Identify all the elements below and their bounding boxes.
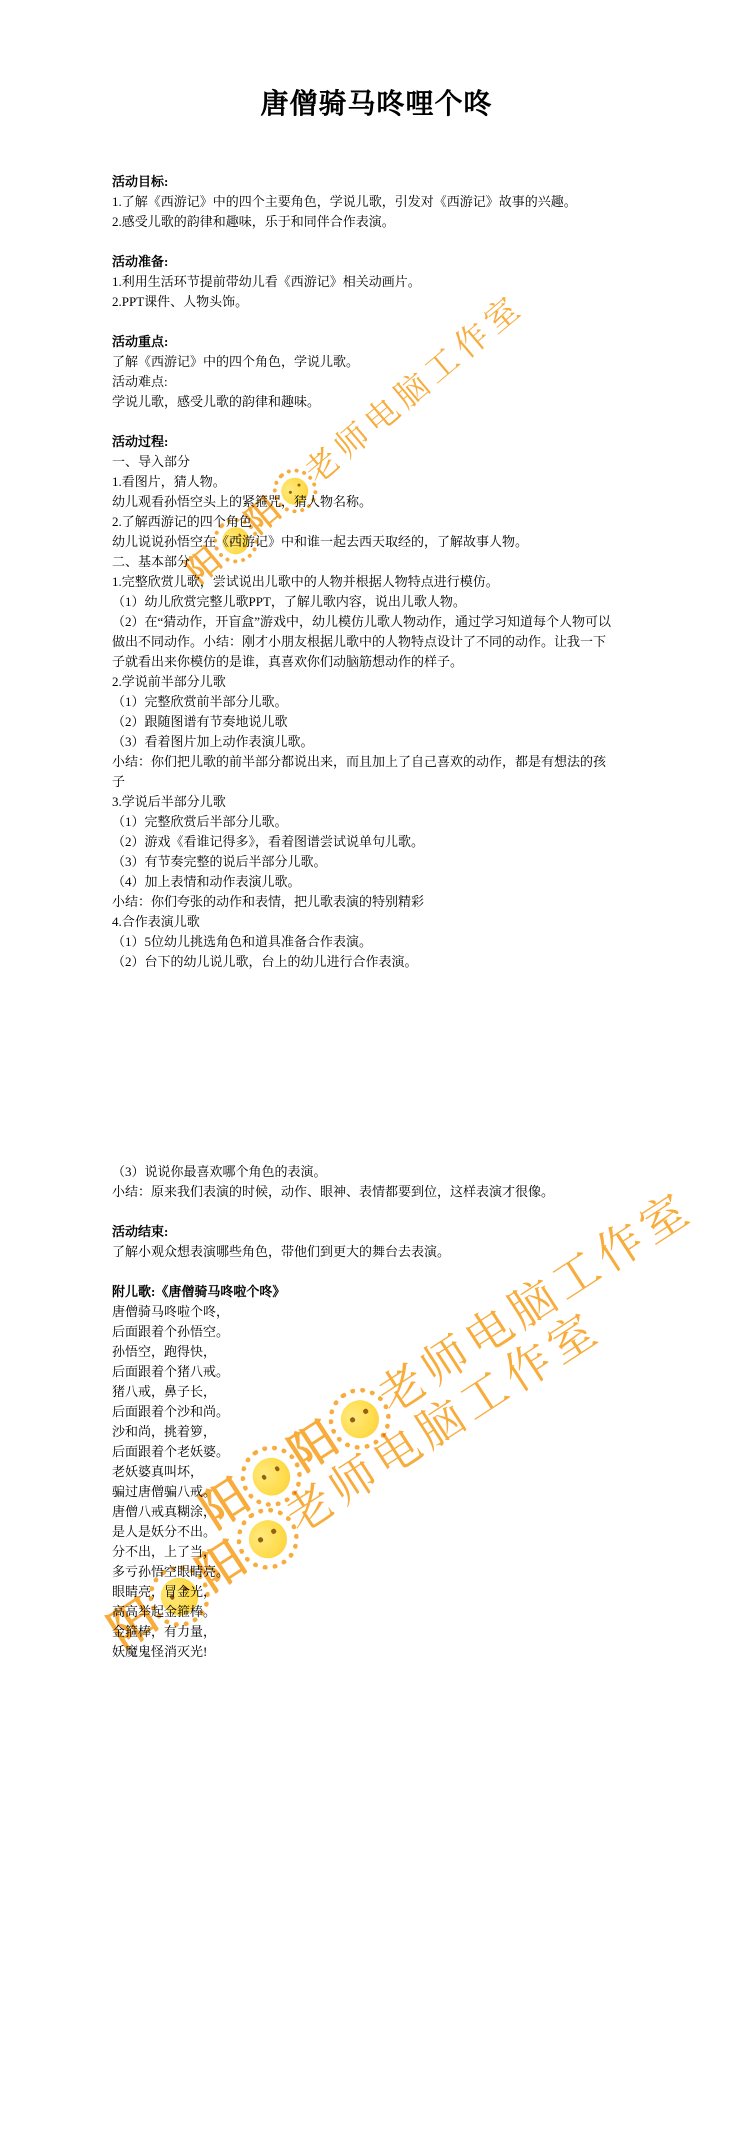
text-line: 幼儿观看孙悟空头上的紧箍咒，猜人物名称。 — [112, 492, 612, 512]
text-line: 多亏孙悟空眼睛亮。 — [112, 1562, 612, 1582]
text-line: 二、基本部分 — [112, 552, 612, 572]
text-line: 后面跟着个老妖婆。 — [112, 1442, 612, 1462]
text-line: （3）有节奏完整的说后半部分儿歌。 — [112, 852, 612, 872]
text-line: 了解小观众想表演哪些角色，带他们到更大的舞台去表演。 — [112, 1242, 612, 1262]
text-line: （2）台下的幼儿说儿歌，台上的幼儿进行合作表演。 — [112, 952, 612, 972]
text-line: 高高举起金箍棒。 — [112, 1602, 612, 1622]
text-line: 老妖婆真叫坏， — [112, 1462, 612, 1482]
text-line: 后面跟着个孙悟空。 — [112, 1322, 612, 1342]
section-heading: 活动准备: — [112, 252, 612, 272]
section-heading: 附儿歌:《唐僧骑马咚啦个咚》 — [112, 1282, 612, 1302]
text-line: 小结：你们夸张的动作和表情，把儿歌表演的特别精彩 — [112, 892, 612, 912]
text-line: 学说儿歌，感受儿歌的韵律和趣味。 — [112, 392, 612, 412]
spacer — [112, 1202, 612, 1222]
text-line: （1）幼儿欣赏完整儿歌PPT，了解儿歌内容，说出儿歌人物。 — [112, 592, 612, 612]
text-line: 猪八戒，鼻子长， — [112, 1382, 612, 1402]
text-line: （2）跟随图谱有节奏地说儿歌 — [112, 712, 612, 732]
text-line: 孙悟空，跑得快， — [112, 1342, 612, 1362]
text-line: 2.感受儿歌的韵律和趣味，乐于和同伴合作表演。 — [112, 212, 612, 232]
text-line: （4）加上表情和动作表演儿歌。 — [112, 872, 612, 892]
text-line: 唐僧八戒真糊涂， — [112, 1502, 612, 1522]
text-line: 小结：你们把儿歌的前半部分都说出来，而且加上了自己喜欢的动作，都是有想法的孩子 — [112, 752, 612, 792]
text-line: （3）看着图片加上动作表演儿歌。 — [112, 732, 612, 752]
text-line: 2.学说前半部分儿歌 — [112, 672, 612, 692]
text-line: 4.合作表演儿歌 — [112, 912, 612, 932]
text-line: 眼睛亮，冒金光， — [112, 1582, 612, 1602]
text-line: （3）说说你最喜欢哪个角色的表演。 — [112, 1162, 612, 1182]
text-line: 2.了解西游记的四个角色 — [112, 512, 612, 532]
text-line: 金箍棒，有力量， — [112, 1622, 612, 1642]
text-line: 后面跟着个猪八戒。 — [112, 1362, 612, 1382]
text-line: 幼儿说说孙悟空在《西游记》中和谁一起去西天取经的，了解故事人物。 — [112, 532, 612, 552]
text-line: 妖魔鬼怪消灭光! — [112, 1642, 612, 1662]
section-heading: 活动结束: — [112, 1222, 612, 1242]
text-line: 活动难点: — [112, 372, 612, 392]
text-line: 1.完整欣赏儿歌，尝试说出儿歌中的人物并根据人物特点进行模仿。 — [112, 572, 612, 592]
section-heading: 活动重点: — [112, 332, 612, 352]
spacer — [112, 1262, 612, 1282]
text-line: 后面跟着个沙和尚。 — [112, 1402, 612, 1422]
text-line: 1.了解《西游记》中的四个主要角色，学说儿歌，引发对《西游记》故事的兴趣。 — [112, 192, 612, 212]
document-title: 唐僧骑马咚哩个咚 — [0, 0, 753, 122]
text-line: 2.PPT课件、人物头饰。 — [112, 292, 612, 312]
section-heading: 活动过程: — [112, 432, 612, 452]
text-line: （2）在“猜动作，开盲盒”游戏中，幼儿模仿儿歌人物动作，通过学习知道每个人物可以… — [112, 612, 612, 672]
text-line: 1.利用生活环节提前带幼儿看《西游记》相关动画片。 — [112, 272, 612, 292]
text-line: 唐僧骑马咚啦个咚， — [112, 1302, 612, 1322]
text-line: （1）5位幼儿挑选角色和道具准备合作表演。 — [112, 932, 612, 952]
text-line: 了解《西游记》中的四个角色，学说儿歌。 — [112, 352, 612, 372]
spacer — [112, 972, 612, 1162]
spacer — [112, 412, 612, 432]
spacer — [112, 312, 612, 332]
text-line: （1）完整欣赏后半部分儿歌。 — [112, 812, 612, 832]
text-line: （2）游戏《看谁记得多》，看着图谱尝试说单句儿歌。 — [112, 832, 612, 852]
text-line: 1.看图片，猜人物。 — [112, 472, 612, 492]
text-line: 是人是妖分不出。 — [112, 1522, 612, 1542]
text-line: 3.学说后半部分儿歌 — [112, 792, 612, 812]
text-line: 沙和尚，挑着箩， — [112, 1422, 612, 1442]
text-line: 小结：原来我们表演的时候，动作、眼神、表情都要到位，这样表演才很像。 — [112, 1182, 612, 1202]
text-line: 一、导入部分 — [112, 452, 612, 472]
section-heading: 活动目标: — [112, 172, 612, 192]
document-body: 活动目标:1.了解《西游记》中的四个主要角色，学说儿歌，引发对《西游记》故事的兴… — [112, 172, 612, 1662]
text-line: 分不出，上了当， — [112, 1542, 612, 1562]
document-page: 唐僧骑马咚哩个咚 活动目标:1.了解《西游记》中的四个主要角色，学说儿歌，引发对… — [0, 0, 753, 2130]
spacer — [112, 232, 612, 252]
text-line: （1）完整欣赏前半部分儿歌。 — [112, 692, 612, 712]
text-line: 骗过唐僧骗八戒。 — [112, 1482, 612, 1502]
